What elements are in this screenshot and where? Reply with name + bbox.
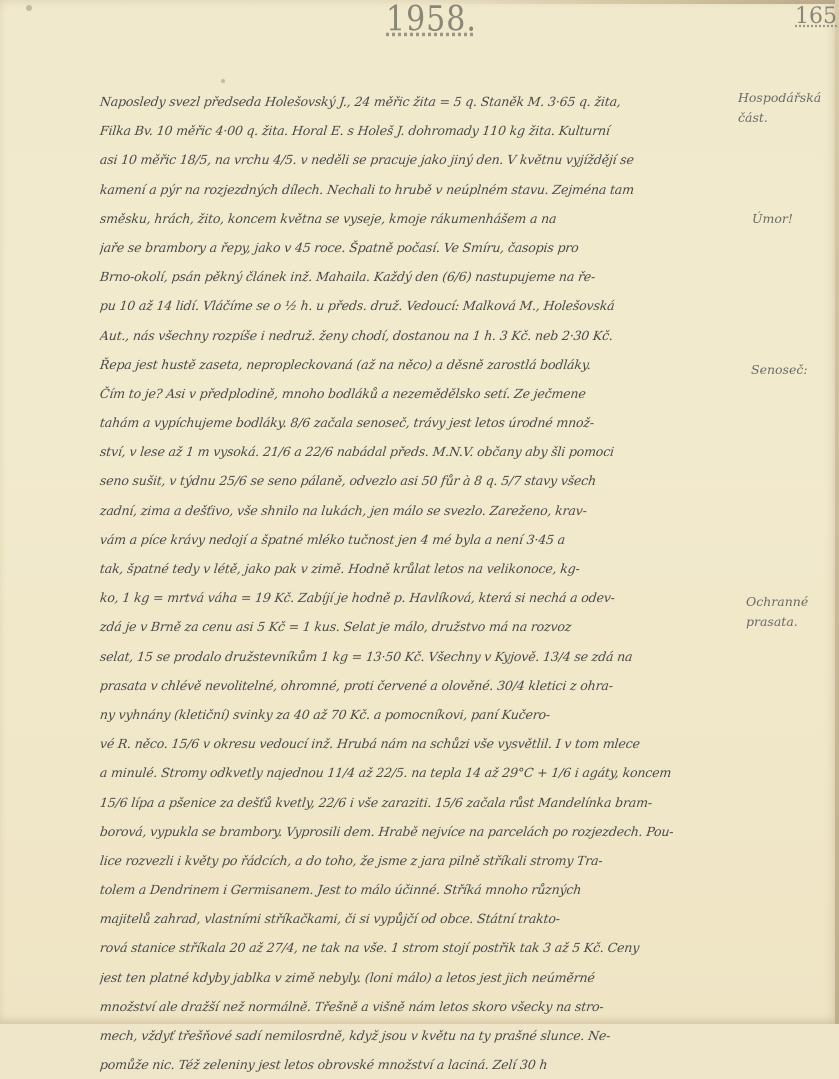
text-line: lice rozvezli i květy po řádcích, a do t… xyxy=(98,846,741,875)
paper-spot xyxy=(221,79,225,83)
text-line: 15/6 lípa a pšenice za dešťů kvetly, 22/… xyxy=(98,788,741,817)
margin-note-pigs: Ochranné prasata. xyxy=(746,592,808,632)
text-line: jest ten platné kdyby jablka v zimě neby… xyxy=(98,963,741,992)
text-line: tahám a vypíchujeme bodláky. 8/6 začala … xyxy=(98,408,741,437)
text-line: vám a píce krávy nedojí a špatné mléko t… xyxy=(98,525,741,554)
text-line: a minulé. Stromy odkvetly najednou 11/4 … xyxy=(98,758,741,787)
margin-note-line: část. xyxy=(738,108,821,128)
text-line: Naposledy svezl předseda Holešovský J., … xyxy=(98,87,741,116)
text-line: pu 10 až 14 lidí. Vláčíme se o ½ h. u př… xyxy=(98,291,741,320)
margin-note-haymaking: Senoseč: xyxy=(751,360,808,380)
text-line: prasata v chlévě nevolitelné, ohromné, p… xyxy=(98,671,741,700)
text-line: vé R. něco. 15/6 v okresu vedoucí inž. H… xyxy=(98,729,741,758)
text-line: tak, špatné tedy v létě, jako pak v zimě… xyxy=(98,554,741,583)
page-number: 165. xyxy=(795,4,839,29)
text-line: zadní, zima a dešťivo, vše shnilo na luk… xyxy=(98,496,741,525)
margin-note-blight: Úmor! xyxy=(752,209,793,229)
text-line: ství, v lese až 1 m vysoká. 21/6 a 22/6 … xyxy=(98,437,741,466)
margin-note-economic-section: Hospodářská část. xyxy=(738,88,821,128)
text-line: Filka Bv. 10 měřic 4·00 q. žita. Horal E… xyxy=(98,116,741,145)
text-line: ko, 1 kg = mrtvá váha = 19 Kč. Zabíjí je… xyxy=(98,583,741,612)
year-heading: 1958. xyxy=(386,0,477,40)
manuscript-page: 1958. 165. Naposledy svezl předseda Hole… xyxy=(0,0,839,1024)
margin-note-line: Hospodářská xyxy=(738,88,821,108)
text-line: ny vyhnány (kletiční) svinky za 40 až 70… xyxy=(98,700,741,729)
text-line: směsku, hrách, žito, koncem května se vy… xyxy=(98,204,741,233)
text-line: Řepa jest hustě zaseta, nepropleckovaná … xyxy=(98,350,741,379)
text-line: seno sušit, v týdnu 25/6 se seno pálaně,… xyxy=(98,466,741,495)
text-line: borová, vypukla se brambory. Vyprosili d… xyxy=(98,817,741,846)
margin-note-line: Ochranné xyxy=(746,592,808,612)
page-top-edge xyxy=(430,0,839,4)
text-line: Čím to je? Asi v předplodině, mnoho bodl… xyxy=(98,379,741,408)
text-line: Aut., nás všechny rozpíše i nedruž. ženy… xyxy=(98,321,741,350)
text-line: rová stanice stříkala 20 až 27/4, ne tak… xyxy=(98,933,741,962)
text-line: majitelů zahrad, vlastními stříkačkami, … xyxy=(98,904,741,933)
text-line: zdá je v Brně za cenu asi 5 Kč = 1 kus. … xyxy=(98,612,741,641)
text-line: tolem a Dendrinem i Germisanem. Jest to … xyxy=(98,875,741,904)
handwritten-body: Naposledy svezl předseda Holešovský J., … xyxy=(100,87,740,1024)
page-right-edge xyxy=(835,0,839,1024)
margin-note-line: Senoseč: xyxy=(751,360,808,380)
text-line: Brno-okolí, psán pěkný článek inž. Mahai… xyxy=(98,262,741,291)
text-line: kamení a pýr na rozjezdných dílech. Nech… xyxy=(98,175,741,204)
margin-note-line: Úmor! xyxy=(752,209,793,229)
text-line: asi 10 měřic 18/5, na vrchu 4/5. v neděl… xyxy=(98,145,741,174)
text-line: jaře se brambory a řepy, jako v 45 roce.… xyxy=(98,233,741,262)
text-line: množství ale dražší než normálně. Třešně… xyxy=(98,992,741,1021)
paper-spot xyxy=(26,5,32,11)
margin-note-line: prasata. xyxy=(746,612,808,632)
text-line: selat, 15 se prodalo družstevníkům 1 kg … xyxy=(98,642,741,671)
